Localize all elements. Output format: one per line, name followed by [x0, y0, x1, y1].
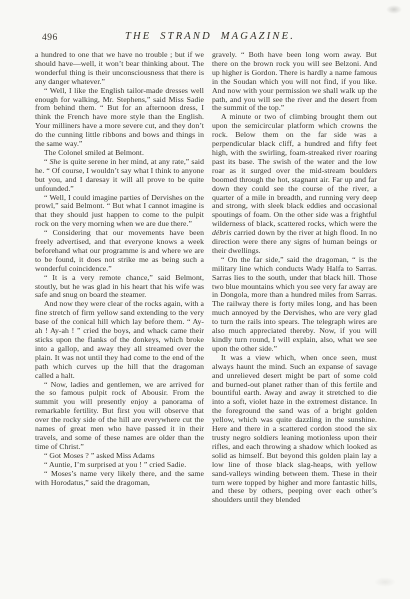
paragraph: “ Now, ladies and gentlemen, we are arri…: [35, 381, 204, 452]
paragraph: “ Well, I could imagine parties of Dervi…: [35, 194, 204, 230]
paragraph: “ On the far side,” said the dragoman, “…: [212, 256, 377, 354]
page-header: 496 THE STRAND MAGAZINE.: [35, 31, 385, 45]
running-title: THE STRAND MAGAZINE.: [35, 31, 385, 42]
scan-smudge-bottom-right: [374, 577, 396, 587]
text-columns: a hundred to one that we have no trouble…: [35, 51, 377, 505]
scan-smudge-top-right: [386, 5, 402, 14]
paragraph: “ Considering that our movements have be…: [35, 229, 204, 274]
paragraph: a hundred to one that we have no trouble…: [35, 51, 204, 87]
paragraph: “ Well, I like the English tailor-made d…: [35, 87, 204, 149]
magazine-page: 496 THE STRAND MAGAZINE. a hundred to on…: [0, 0, 410, 599]
left-column: a hundred to one that we have no trouble…: [35, 51, 204, 505]
paragraph: “ She is quite serene in her mind, at an…: [35, 158, 204, 194]
paragraph: “ Moses’s name very likely there, and th…: [35, 470, 204, 488]
paragraph: “ It is a very remote chance,” said Belm…: [35, 274, 204, 301]
paragraph: And now they were clear of the rocks aga…: [35, 300, 204, 380]
right-column: gravely. “ Both have been long worn away…: [212, 51, 377, 505]
paragraph: It was a view which, when once seen, mus…: [212, 354, 377, 505]
paragraph: A minute or two of climbing brought them…: [212, 113, 377, 256]
paragraph: gravely. “ Both have been long worn away…: [212, 51, 377, 113]
